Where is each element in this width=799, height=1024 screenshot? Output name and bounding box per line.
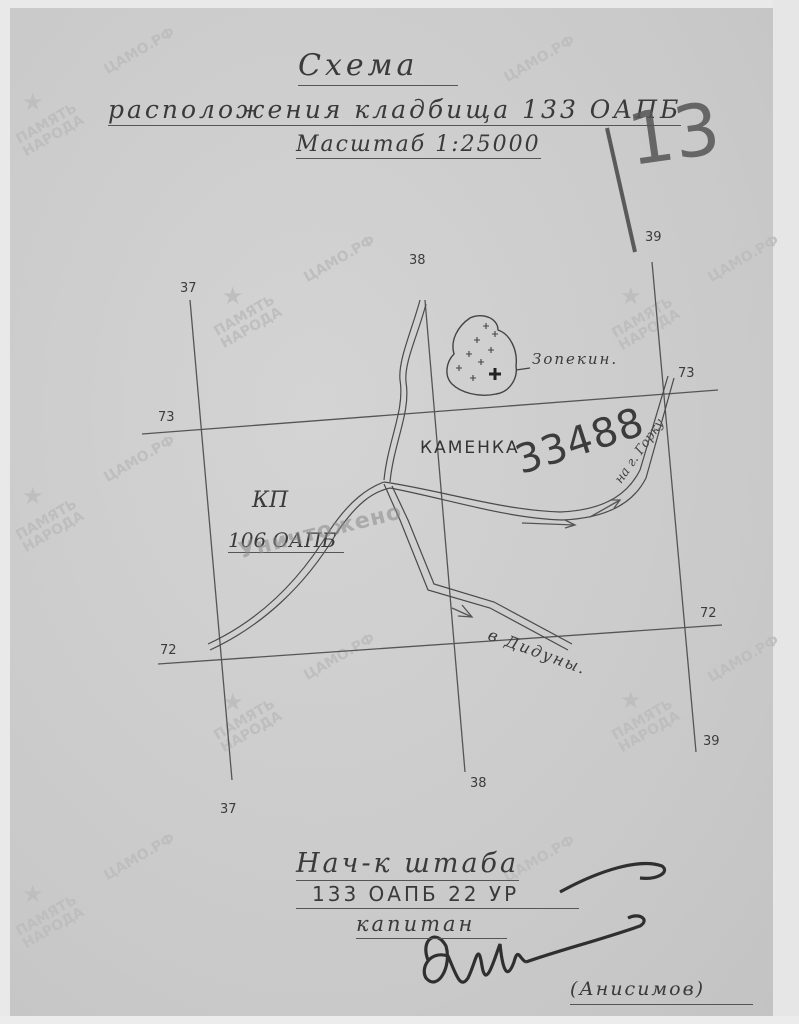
grid-label-39-bottom: 39 (703, 734, 720, 749)
command-post-label: КП (252, 488, 288, 513)
grid-line-72 (158, 625, 722, 664)
document-subtitle: расположения кладбища 133 ОАПБ (108, 95, 681, 126)
grid-label-38-bottom: 38 (470, 776, 487, 791)
grid-line-37 (190, 300, 232, 780)
signatory-name: (Анисимов) (570, 978, 753, 1005)
settlement-label: КАМЕНКА (420, 438, 520, 458)
document-title: Схема (298, 48, 458, 86)
main-grave-cross-icon (489, 368, 501, 380)
archive-sheet-number: 13 (623, 86, 725, 182)
grid-label-72-left: 72 (160, 643, 177, 658)
grid-label-37-bottom: 37 (220, 802, 237, 817)
grid-label-73-right: 73 (678, 366, 695, 381)
grid-label-73-left: 73 (158, 410, 175, 425)
map-scale: Масштаб 1:25000 (296, 132, 541, 159)
grid-label-38-top: 38 (409, 253, 426, 268)
grid-label-37-top: 37 (180, 281, 197, 296)
grid-label-72-right: 72 (700, 606, 717, 621)
grid-label-39-top: 39 (645, 230, 662, 245)
signatory-unit: 133 ОАПБ 22 УР (296, 882, 579, 909)
grid-line-39 (652, 262, 696, 752)
signatory-rank: капитан (356, 912, 507, 939)
signatory-position: Нач-к штаба (296, 848, 519, 881)
cemetery-outline (447, 316, 516, 396)
cemetery-label: Зопекин. (532, 350, 618, 368)
grave-crosses (456, 323, 498, 381)
